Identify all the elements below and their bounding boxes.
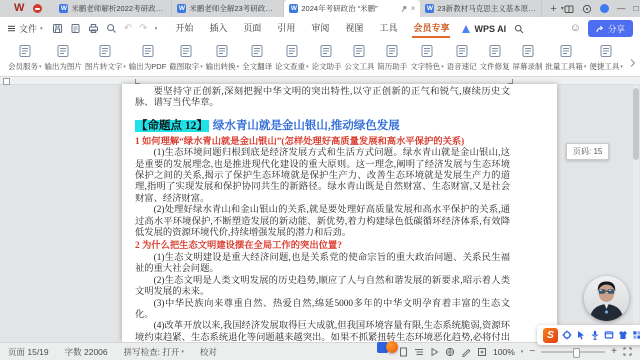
ribbon-button-全文翻译[interactable]: 全文翻译 bbox=[242, 44, 272, 72]
ribbon-button-label: 批量工具箱▾ bbox=[545, 61, 586, 72]
proofread-button[interactable]: 校对 bbox=[200, 346, 217, 358]
zoom-slider-thumb[interactable] bbox=[573, 348, 580, 358]
paragraph: (1)生态环境问题归根到底是经济发展方式和生活方式问题。绿水青山就是金山银山,这… bbox=[135, 148, 510, 205]
window-icon[interactable] bbox=[604, 330, 614, 340]
support-icon[interactable]: ☺ bbox=[570, 23, 581, 34]
ribbon-button-label: 论文查重▾ bbox=[275, 61, 309, 72]
ribbon-button-文字特色[interactable]: 文字特色▾ bbox=[410, 44, 444, 72]
ribbon-label-text: 语音速记 bbox=[447, 61, 477, 72]
ribbon-button-label: 全文翻译 bbox=[242, 61, 272, 72]
spellcheck-label: 拼写检查: 打开 bbox=[124, 346, 180, 358]
new-tab-button[interactable]: + bbox=[550, 3, 556, 15]
export-icon[interactable] bbox=[70, 23, 81, 34]
ribbon-label-text: 公文工具 bbox=[344, 61, 374, 72]
theme-icon[interactable] bbox=[582, 4, 592, 14]
chevron-down-icon: ▾ bbox=[441, 64, 444, 70]
grid-icon[interactable] bbox=[632, 330, 640, 340]
file-menu-label: 文件 bbox=[19, 22, 37, 35]
ribbon-button-icon bbox=[179, 44, 193, 58]
ribbon-button-屏幕录制[interactable]: 屏幕录制 bbox=[513, 44, 543, 72]
question-heading: 1 如何理解“绿水青山就是金山银山”(怎样处理好高质量发展和高水平保护的关系) bbox=[135, 137, 510, 148]
zoom-out-button[interactable]: − bbox=[529, 347, 535, 357]
spellcheck-toggle[interactable]: 拼写检查: 打开 ▾ bbox=[124, 346, 184, 358]
menu-item-工具[interactable]: 工具 bbox=[371, 17, 405, 40]
minimize-button[interactable]: — bbox=[617, 0, 626, 17]
document-page[interactable]: 要坚持守正创新,深刻把握中华文明的突出特性,以守正创新的正气和锐气,赓续历史文脉… bbox=[122, 84, 557, 342]
ribbon-button-icon bbox=[599, 44, 613, 58]
tab-label: 23新教材马克思主义基本原理概论 bbox=[437, 3, 536, 14]
ribbon-label-text: 批量工具箱 bbox=[545, 61, 583, 72]
zoom-slider[interactable] bbox=[541, 351, 605, 353]
ribbon-button-批量工具箱[interactable]: 批量工具箱▾ bbox=[545, 44, 586, 72]
menu-item-引用[interactable]: 引用 bbox=[269, 17, 303, 40]
webcam-overlay[interactable] bbox=[584, 276, 629, 321]
menu-item-视图[interactable]: 视图 bbox=[337, 17, 371, 40]
recorder-logo[interactable]: S bbox=[543, 328, 558, 343]
ribbon-button-label: 输出为PDF bbox=[129, 61, 167, 72]
ribbon-button-icon bbox=[215, 44, 229, 58]
ribbon-button-公文工具[interactable]: 公文工具 bbox=[344, 44, 374, 72]
ribbon-button-label: 文字特色▾ bbox=[410, 61, 444, 72]
writer-doc-icon: W bbox=[289, 4, 298, 13]
ribbon-label-text: 文件修复 bbox=[480, 61, 510, 72]
chevron-down-icon: ▾ bbox=[237, 64, 240, 70]
ribbon-button-icon bbox=[56, 44, 70, 58]
menu-item-审阅[interactable]: 审阅 bbox=[303, 17, 337, 40]
document-tab-2[interactable]: W米鹏老师全解23考研政治讲义 bbox=[172, 0, 284, 17]
zoom-in-button[interactable]: + bbox=[611, 347, 617, 357]
paragraph: (2)处理好绿水青山和金山银山的关系,就是要处理好高质量发展和高水平保护的关系,… bbox=[135, 205, 510, 239]
vertical-scrollbar[interactable] bbox=[633, 84, 639, 336]
pen-tool-icon[interactable] bbox=[461, 347, 471, 357]
wps-logo-icon[interactable]: W bbox=[14, 0, 24, 17]
user-avatar[interactable] bbox=[600, 4, 609, 13]
page-indicator[interactable]: 页面 15/19 bbox=[8, 346, 49, 358]
zoom-dropdown-icon[interactable]: ▾ bbox=[521, 349, 524, 355]
ribbon-button-icon bbox=[420, 44, 434, 58]
ribbon-button-输出转换[interactable]: 输出转换▾ bbox=[206, 44, 240, 72]
ribbon-label-text: 图片转文字 bbox=[85, 61, 123, 72]
ribbon-button-label: 文件修复 bbox=[480, 61, 510, 72]
ribbon-label-text: 简历助手 bbox=[377, 61, 407, 72]
heading-title: 绿水青山就是金山银山,推动绿色发展 bbox=[213, 120, 400, 132]
ribbon-label-text: 便捷工具 bbox=[589, 61, 619, 72]
ribbon-label-text: 论文助手 bbox=[311, 61, 341, 72]
ribbon-button-label: 会员服务▾ bbox=[8, 61, 42, 72]
chevron-down-icon: ▾ bbox=[40, 26, 43, 32]
ribbon-more-icon[interactable] bbox=[629, 58, 636, 68]
ribbon-button-文件修复[interactable]: 文件修复 bbox=[480, 44, 510, 72]
ribbon-button-截图取字[interactable]: 截图取字▾ bbox=[169, 44, 203, 72]
share-icon bbox=[596, 25, 605, 33]
member-ribbon: 会员服务▾输出为图片图片转文字▾输出为PDF截图取字▾输出转换▾全文翻译论文查重… bbox=[0, 40, 640, 77]
recording-indicator[interactable] bbox=[386, 341, 398, 353]
ribbon-button-论文助手[interactable]: 论文助手 bbox=[311, 44, 341, 72]
document-tab-3[interactable]: W2024年考研政治 “米鹏”× bbox=[284, 0, 420, 17]
tab-close-icon[interactable]: × bbox=[411, 4, 416, 13]
fit-page-icon[interactable] bbox=[477, 347, 487, 357]
maximize-button[interactable]: □ bbox=[633, 0, 638, 17]
paragraph: 要坚持守正创新,深刻把握中华文明的突出特性,以守正创新的正气和锐气,赓续历史文脉… bbox=[135, 87, 510, 110]
mic-icon[interactable] bbox=[590, 330, 600, 340]
document-tab-4[interactable]: W23新教材马克思主义基本原理概论 bbox=[420, 0, 542, 17]
ribbon-button-论文查重[interactable]: 论文查重▾ bbox=[275, 44, 309, 72]
page-view-icon[interactable] bbox=[399, 347, 408, 357]
ribbon-button-输出为PDF[interactable]: 输出为PDF bbox=[129, 44, 167, 72]
writer-doc-icon: W bbox=[59, 4, 68, 13]
ribbon-label-text: 全文翻译 bbox=[242, 61, 272, 72]
undo-icon[interactable]: ↶ bbox=[124, 23, 132, 34]
paragraph: (4)改革开放以来,我国经济发展取得巨大成就,但我国环境容量有限,生态系统脆弱,… bbox=[135, 321, 510, 342]
share-label: 分享 bbox=[608, 23, 625, 35]
question-heading: 2 为什么把生态文明建设摆在全局工作的突出位置? bbox=[135, 241, 510, 252]
ribbon-button-icon bbox=[18, 44, 32, 58]
share-button[interactable]: 分享 bbox=[588, 20, 633, 37]
chevron-down-icon: ▾ bbox=[39, 64, 42, 70]
print-icon[interactable] bbox=[88, 23, 99, 34]
ribbon-button-label: 语音速记 bbox=[447, 61, 477, 72]
writer-doc-icon: W bbox=[425, 4, 434, 13]
quick-access-dropdown-icon[interactable]: ▾ bbox=[155, 26, 158, 32]
ribbon-label-text: 会员服务 bbox=[8, 61, 38, 72]
tab-label: 2024年考研政治 “米鹏” bbox=[301, 3, 396, 14]
title-tab-bar: W W米鹏老师解析2022考研政治真题W米鹏老师全解23考研政治讲义W2024年… bbox=[0, 0, 640, 17]
ribbon-label-text: 截图取字 bbox=[169, 61, 199, 72]
window-controls: — □ × bbox=[564, 0, 640, 17]
fullscreen-icon[interactable] bbox=[623, 347, 632, 356]
menu-item-插入[interactable]: 插入 bbox=[201, 17, 235, 40]
ribbon-button-icon bbox=[521, 44, 535, 58]
ribbon-button-label: 公文工具 bbox=[344, 61, 374, 72]
ribbon-button-icon bbox=[319, 44, 333, 58]
hamburger-icon bbox=[7, 24, 16, 33]
paragraph: (1)生态文明建设是重大经济问题,也是关系党的使命宗旨的重大政治问题、关系民生福… bbox=[135, 253, 510, 276]
ribbon-button-便捷工具[interactable]: 便捷工具▾ bbox=[589, 44, 623, 72]
chevron-down-icon: ▾ bbox=[584, 64, 587, 70]
file-menu[interactable]: 文件 ▾ bbox=[7, 22, 43, 35]
save-icon[interactable] bbox=[52, 23, 63, 34]
ribbon-button-icon bbox=[559, 44, 573, 58]
ribbon-button-label: 截图取字▾ bbox=[169, 61, 203, 72]
cursor-icon[interactable] bbox=[576, 330, 586, 340]
heading-badge: 【命题点 12】 bbox=[135, 120, 209, 132]
ribbon-button-图片转文字[interactable]: 图片转文字▾ bbox=[85, 44, 126, 72]
ribbon-button-icon bbox=[285, 44, 299, 58]
quick-access-toolbar: ↶ ↷ ▾ bbox=[52, 23, 158, 34]
ribbon-button-简历助手[interactable]: 简历助手 bbox=[377, 44, 407, 72]
ribbon-label-text: 屏幕录制 bbox=[513, 61, 543, 72]
shirt-icon[interactable] bbox=[618, 330, 628, 340]
play-view-icon[interactable] bbox=[430, 347, 439, 357]
chevron-down-icon: ▾ bbox=[620, 64, 623, 70]
ribbon-button-icon bbox=[385, 44, 399, 58]
paragraph: (2)生态文明是人类文明发展的历史趋势,顺应了人与自然和谐发展的新要求,昭示着人… bbox=[135, 276, 510, 299]
ribbon-label-text: 输出为PDF bbox=[129, 61, 167, 72]
page-number-tooltip: 页码: 15 bbox=[566, 143, 609, 160]
ribbon-button-会员服务[interactable]: 会员服务▾ bbox=[8, 44, 42, 72]
ribbon-label-text: 文字特色 bbox=[410, 61, 440, 72]
document-area: 要坚持守正创新,深刻把握中华文明的突出特性,以守正创新的正气和锐气,赓续历史文脉… bbox=[0, 77, 640, 342]
ribbon-button-label: 图片转文字▾ bbox=[85, 61, 126, 72]
chevron-down-icon: ▾ bbox=[200, 64, 203, 70]
ribbon-button-label: 屏幕录制 bbox=[513, 61, 543, 72]
ribbon-button-icon bbox=[98, 44, 112, 58]
menu-item-会员专享[interactable]: 会员专享 bbox=[405, 17, 457, 40]
wps-ai-label: WPS AI bbox=[474, 24, 506, 34]
document-tabs: W米鹏老师解析2022考研政治真题W米鹏老师全解23考研政治讲义W2024年考研… bbox=[54, 0, 542, 17]
chevron-down-icon: ▾ bbox=[123, 64, 126, 70]
ribbon-button-label: 简历助手 bbox=[377, 61, 407, 72]
webcam-person bbox=[584, 276, 629, 321]
writer-doc-icon: W bbox=[177, 4, 186, 13]
section-heading: 【命题点 12】 绿水青山就是金山银山,推动绿色发展 bbox=[135, 116, 510, 134]
word-count[interactable]: 字数 22006 bbox=[65, 346, 108, 358]
outline-view-icon[interactable] bbox=[414, 347, 424, 357]
ribbon-button-icon bbox=[352, 44, 366, 58]
screen-recorder-toolbar: S bbox=[537, 325, 640, 345]
menu-item-开始[interactable]: 开始 bbox=[167, 17, 201, 40]
split-view-icon[interactable] bbox=[564, 4, 574, 14]
redo-icon[interactable]: ↷ bbox=[139, 23, 147, 34]
ribbon-button-icon bbox=[488, 44, 502, 58]
document-tab-1[interactable]: W米鹏老师解析2022考研政治真题 bbox=[54, 0, 172, 17]
ribbon-label-text: 论文查重 bbox=[275, 61, 305, 72]
print-preview-icon[interactable] bbox=[106, 23, 117, 34]
paragraph: (3)中华民族向来尊重自然、热爱自然,绵延5000多年的中华文明孕育着丰富的生态… bbox=[135, 299, 510, 322]
ribbon-button-icon bbox=[250, 44, 264, 58]
pin-icon[interactable] bbox=[400, 5, 408, 13]
menu-bar: 文件 ▾ ↶ ↷ ▾ 开始插入页面引用审阅视图工具会员专享 WPS AI ☺ 分… bbox=[0, 17, 640, 40]
wps-ai-button[interactable]: WPS AI bbox=[461, 24, 506, 34]
ribbon-button-icon bbox=[141, 44, 155, 58]
tab-stop-selector[interactable] bbox=[3, 78, 10, 85]
move-icon[interactable] bbox=[562, 330, 572, 340]
ribbon-button-语音速记[interactable]: 语音速记 bbox=[447, 44, 477, 72]
zoom-value[interactable]: 100% bbox=[493, 347, 515, 357]
ribbon-tabs: 开始插入页面引用审阅视图工具会员专享 bbox=[167, 17, 457, 40]
scrollbar-thumb[interactable] bbox=[633, 88, 639, 160]
ribbon-button-输出为图片[interactable]: 输出为图片 bbox=[44, 44, 82, 72]
wps-ai-icon bbox=[461, 24, 471, 34]
ribbon-button-label: 论文助手 bbox=[311, 61, 341, 72]
ribbon-label-text: 输出转换 bbox=[206, 61, 236, 72]
ribbon-button-icon bbox=[455, 44, 469, 58]
ribbon-label-text: 输出为图片 bbox=[44, 61, 82, 72]
tab-label: 米鹏老师解析2022考研政治真题 bbox=[71, 3, 166, 14]
web-view-icon[interactable] bbox=[445, 347, 455, 357]
chevron-down-icon: ▾ bbox=[306, 64, 309, 70]
tab-label: 米鹏老师全解23考研政治讲义 bbox=[189, 3, 278, 14]
chevron-down-icon: ▾ bbox=[181, 349, 184, 355]
ribbon-button-label: 输出转换▾ bbox=[206, 61, 240, 72]
ribbon-button-label: 输出为图片 bbox=[44, 61, 82, 72]
docer-icon[interactable] bbox=[33, 4, 42, 13]
search-icon[interactable] bbox=[514, 24, 524, 34]
ribbon-button-label: 便捷工具▾ bbox=[589, 61, 623, 72]
menu-item-页面[interactable]: 页面 bbox=[235, 17, 269, 40]
